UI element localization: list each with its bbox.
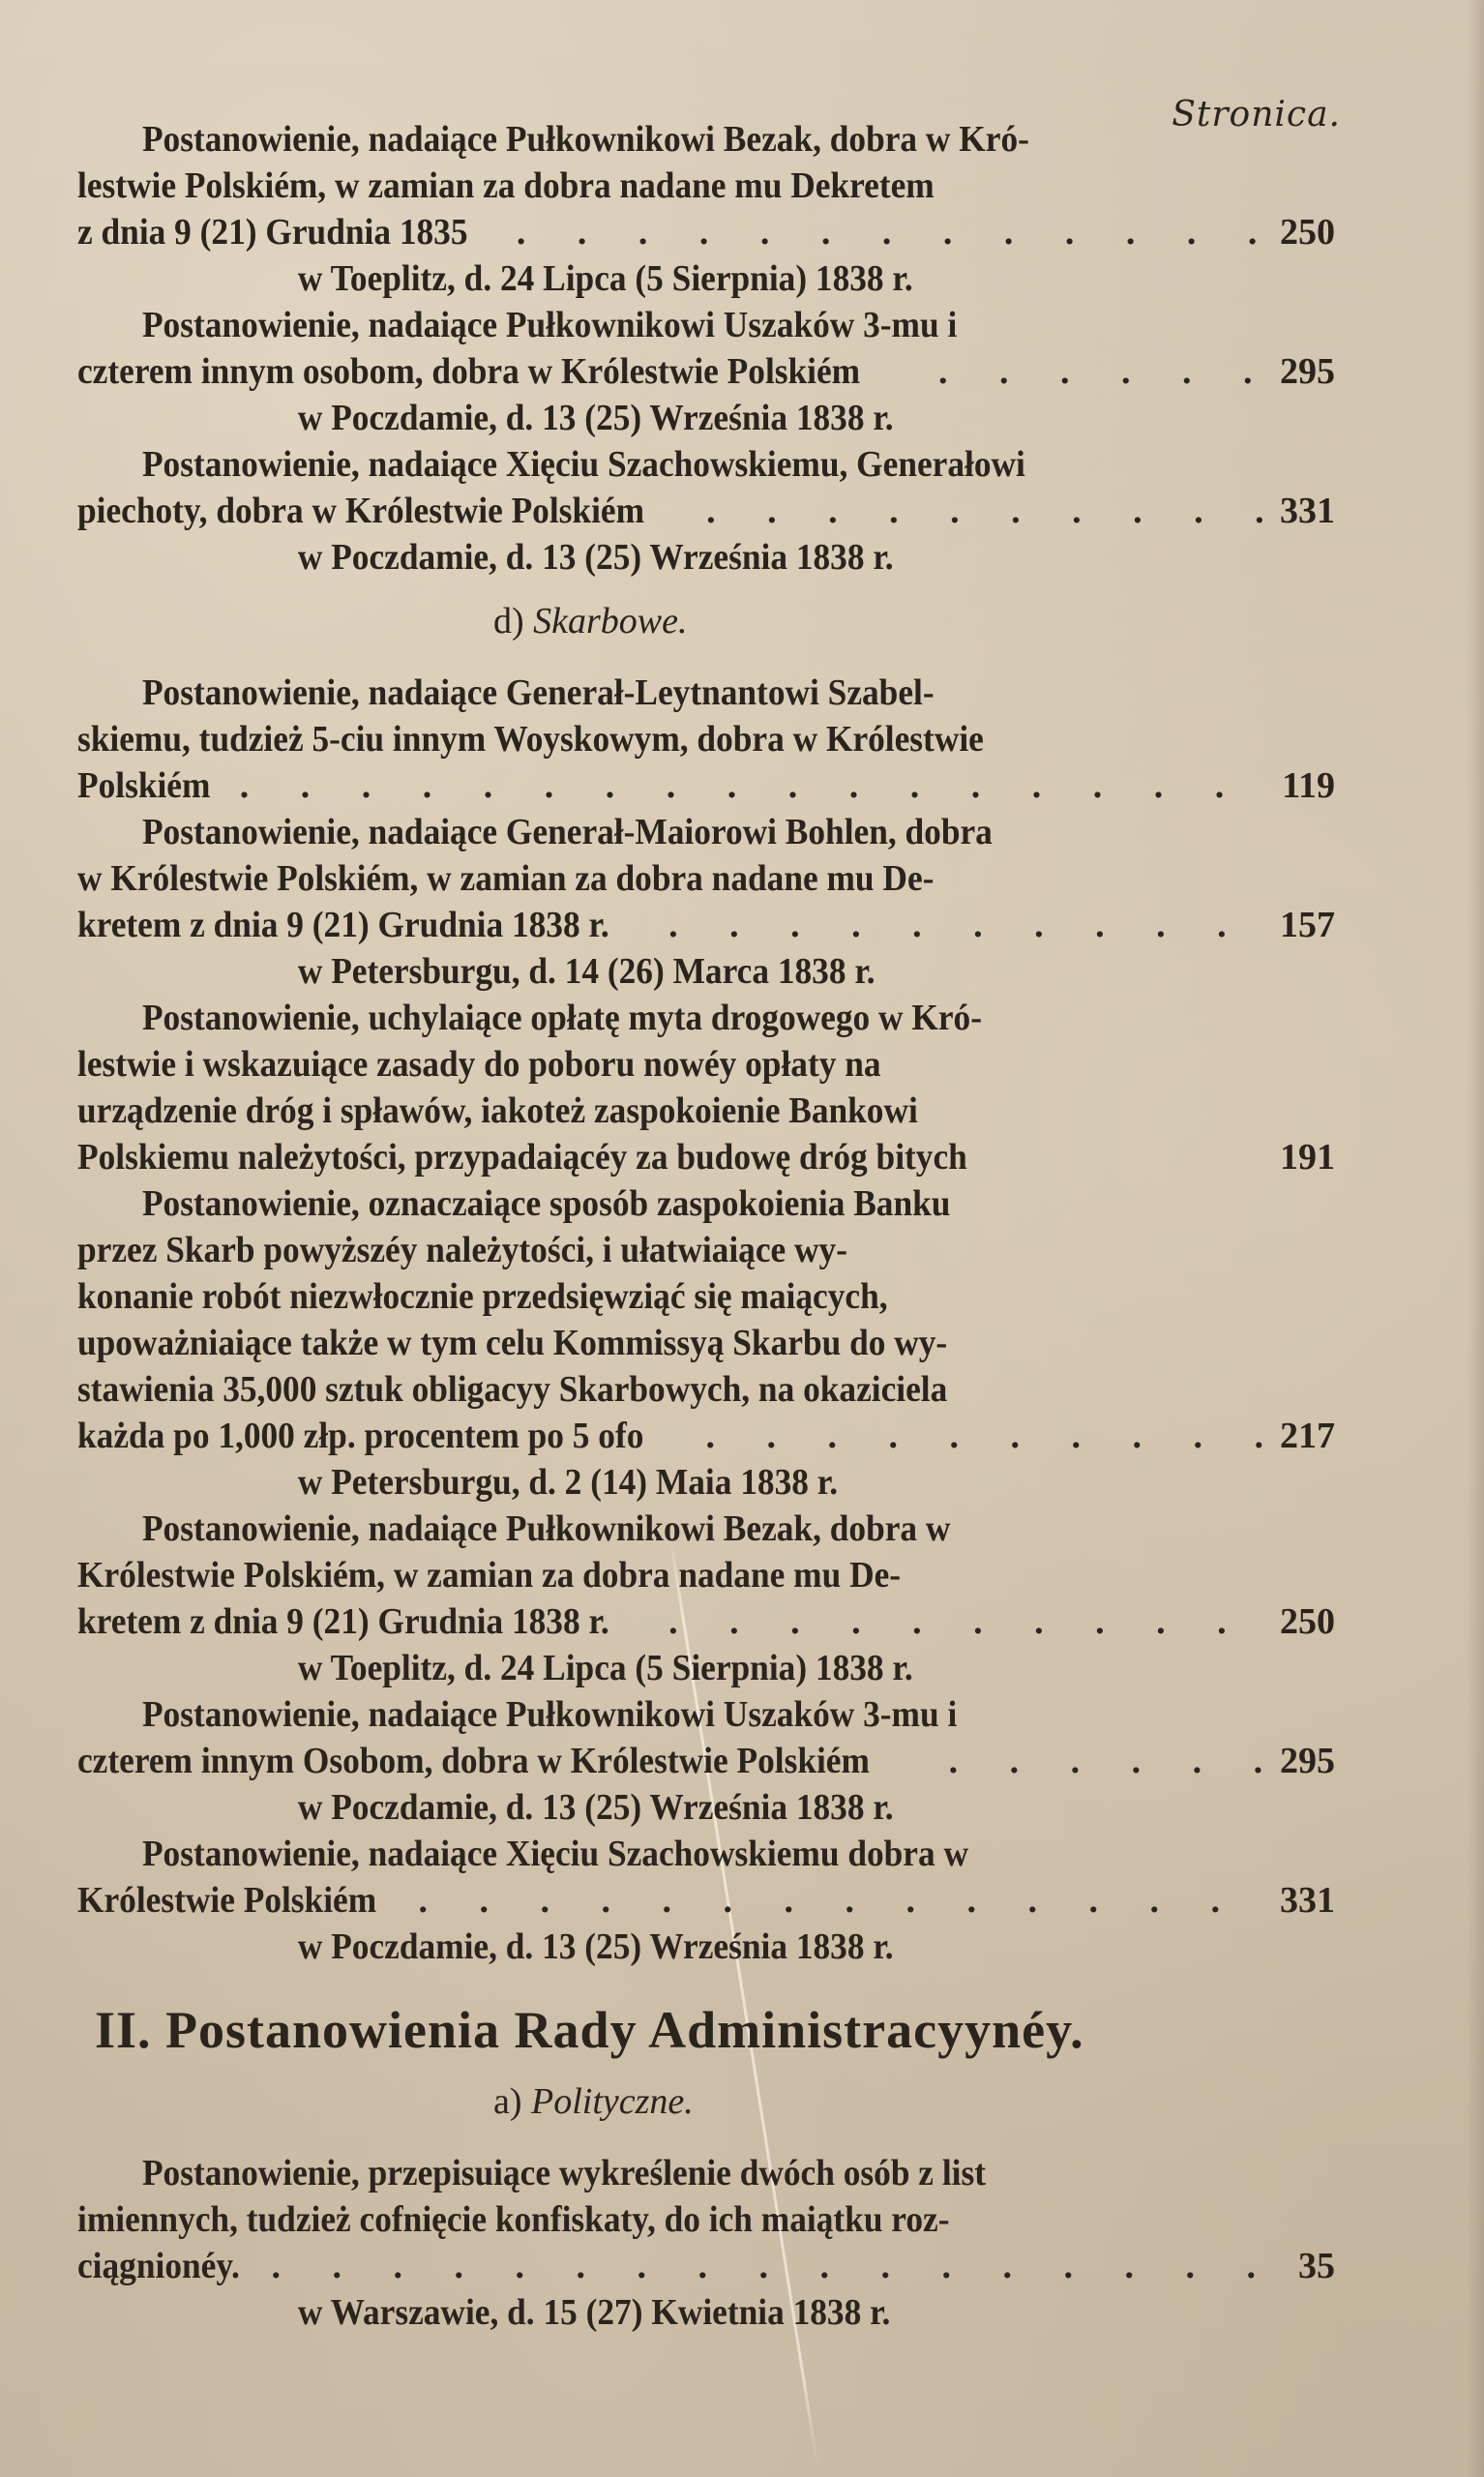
subsection-title: Skarbowe.: [533, 601, 687, 642]
entry-last-line: czterem innym Osobom, dobra w Królestwie…: [77, 1738, 870, 1784]
entry-line: Postanowienie, przepisuiące wykreślenie …: [77, 2150, 1247, 2196]
page-number: 157: [1277, 902, 1335, 948]
scanned-document-page: Stronica. Postanowienie, nadaiące Pułkow…: [0, 0, 1484, 2477]
entry-line: Postanowienie, nadaiące Xięciu Szachowsk…: [77, 1831, 1247, 1877]
entry-leader-line: ciągnionéy. . . . . . . . . . . . . . . …: [77, 2243, 1335, 2289]
entry-last-line: ciągnionéy.: [77, 2243, 240, 2289]
page-number: 295: [1277, 348, 1335, 395]
entry-last-line: piechoty, dobra w Królestwie Polskiém: [77, 488, 644, 534]
entry-leader-line: Polskiém . . . . . . . . . . . . . . . .…: [77, 762, 1335, 809]
entry-line: Postanowienie, nadaiące Pułkownikowi Usz…: [77, 1691, 1247, 1738]
place-date: w Poczdamie, d. 13 (25) Września 1838 r.: [77, 1784, 1247, 1831]
toc-entry: Postanowienie, nadaiące Pułkownikowi Bez…: [77, 1506, 1335, 1691]
dot-leader: . . . . . . . . . . . . . . . . . . . . …: [272, 2243, 1267, 2289]
entry-leader-line: czterem innym osobom, dobra w Królestwie…: [77, 348, 1335, 395]
entry-leader-line: czterem innym Osobom, dobra w Królestwie…: [77, 1738, 1335, 1784]
dot-leader: . . . . . . . . . . . . . . . . . . . . …: [938, 348, 1267, 395]
entry-line: Postanowienie, nadaiące Pułkownikowi Bez…: [77, 116, 1247, 163]
page-number: 35: [1277, 2243, 1335, 2289]
entry-leader-line: z dnia 9 (21) Grudnia 1835 . . . . . . .…: [77, 209, 1335, 255]
toc-entry: Postanowienie, nadaiące Generał-Maiorowi…: [77, 809, 1335, 995]
page-number: 191: [1277, 1134, 1335, 1180]
entry-line: konanie robót niezwłocznie przedsięwziąć…: [77, 1273, 1247, 1320]
entry-last-line: kretem z dnia 9 (21) Grudnia 1838 r.: [77, 902, 609, 948]
toc-entry: Postanowienie, oznaczaiące sposób zaspok…: [77, 1180, 1335, 1506]
toc-entry: Postanowienie, nadaiące Pułkownikowi Usz…: [77, 302, 1335, 441]
place-date: w Poczdamie, d. 13 (25) Września 1838 r.: [77, 1924, 1247, 1970]
dot-leader: . . . . . . . . . . . . . . . . . . . . …: [240, 762, 1267, 809]
entry-line: imiennych, tudzież cofnięcie konfiskaty,…: [77, 2196, 1247, 2243]
subsection-heading-skarbowe: d) Skarbowe.: [77, 598, 1335, 644]
dot-leader: . . . . . . . . . . . . . . . . . . . . …: [668, 1598, 1267, 1645]
subsection-letter: a): [493, 2081, 522, 2122]
subsection-heading-polityczne: a) Polityczne.: [77, 2078, 1335, 2125]
entry-line: w Królestwie Polskiém, w zamian za dobra…: [77, 855, 1247, 902]
dot-leader: . . . . . . . . . . . . . . . . . . . . …: [668, 902, 1267, 948]
toc-entry: Postanowienie, nadaiące Generał-Leytnant…: [77, 670, 1335, 809]
entry-last-line: czterem innym osobom, dobra w Królestwie…: [77, 348, 860, 395]
entry-line: upoważniaiące także w tym celu Kommissyą…: [77, 1320, 1247, 1366]
entry-last-line: Polskiém: [77, 762, 210, 809]
entry-leader-line: kretem z dnia 9 (21) Grudnia 1838 r. . .…: [77, 1598, 1335, 1645]
toc-entry: Postanowienie, przepisuiące wykreślenie …: [77, 2150, 1335, 2336]
toc-entry: Postanowienie, nadaiące Pułkownikowi Bez…: [77, 116, 1335, 302]
entry-line: urządzenie dróg i spławów, iakoteż zaspo…: [77, 1088, 1247, 1134]
place-date: w Poczdamie, d. 13 (25) Września 1838 r.: [77, 395, 1247, 441]
entry-line: Postanowienie, nadaiące Pułkownikowi Usz…: [77, 302, 1247, 348]
entry-line: Postanowienie, nadaiące Generał-Leytnant…: [77, 670, 1247, 716]
entry-last-line: kretem z dnia 9 (21) Grudnia 1838 r.: [77, 1598, 609, 1645]
entry-line: Postanowienie, nadaiące Generał-Maiorowi…: [77, 809, 1247, 855]
entry-line: Postanowienie, nadaiące Xięciu Szachowsk…: [77, 441, 1247, 488]
entry-line: lestwie i wskazuiące zasady do poboru no…: [77, 1041, 1247, 1088]
section-heading-ii: II. Postanowienia Rady Administracyynéy.: [77, 1999, 1335, 2061]
entry-line: przez Skarb powyższéy należytości, i uła…: [77, 1227, 1247, 1273]
entry-leader-line: każda po 1,000 złp. procentem po 5 ofo .…: [77, 1413, 1335, 1459]
entry-line: Postanowienie, uchylaiące opłatę myta dr…: [77, 995, 1247, 1041]
toc-entry: Postanowienie, nadaiące Pułkownikowi Usz…: [77, 1691, 1335, 1831]
toc-entry: Postanowienie, nadaiące Xięciu Szachowsk…: [77, 441, 1335, 581]
entry-last-line: Królestwie Polskiém: [77, 1877, 376, 1924]
dot-leader: . . . . . . . . . . . . . . . . . . . . …: [706, 488, 1267, 534]
dot-leader: . . . . . . . . . . . . . . . . . . . . …: [517, 209, 1267, 255]
page-number: 119: [1277, 762, 1335, 809]
dot-leader: . . . . . . . . . . . . . . . . . . . . …: [705, 1413, 1267, 1459]
page-number: 250: [1277, 1598, 1335, 1645]
table-of-contents: Postanowienie, nadaiące Pułkownikowi Bez…: [77, 116, 1335, 2336]
page-number: 331: [1277, 1877, 1335, 1924]
page-number: 250: [1277, 209, 1335, 255]
place-date: w Petersburgu, d. 2 (14) Maia 1838 r.: [77, 1459, 1247, 1506]
page-edge-shadow: [1467, 0, 1484, 2477]
page-number: 217: [1277, 1413, 1335, 1459]
dot-leader: . . . . . . . . . . . . . . . . . . . . …: [949, 1738, 1267, 1784]
entry-line: lestwie Polskiém, w zamian za dobra nada…: [77, 163, 1247, 209]
entry-leader-line: kretem z dnia 9 (21) Grudnia 1838 r. . .…: [77, 902, 1335, 948]
place-date: w Toeplitz, d. 24 Lipca (5 Sierpnia) 183…: [77, 1645, 1247, 1691]
place-date: w Toeplitz, d. 24 Lipca (5 Sierpnia) 183…: [77, 255, 1247, 302]
page-number: 295: [1277, 1738, 1335, 1784]
entry-leader-line: piechoty, dobra w Królestwie Polskiém . …: [77, 488, 1335, 534]
entry-leader-line: Polskiemu należytości, przypadaiącéy za …: [77, 1134, 1335, 1180]
entry-line: Postanowienie, oznaczaiące sposób zaspok…: [77, 1180, 1247, 1227]
subsection-title: Polityczne.: [531, 2081, 694, 2122]
entry-line: stawienia 35,000 sztuk obligacyy Skarbow…: [77, 1366, 1247, 1413]
toc-entry: Postanowienie, nadaiące Xięciu Szachowsk…: [77, 1831, 1335, 1970]
entry-leader-line: Królestwie Polskiém . . . . . . . . . . …: [77, 1877, 1335, 1924]
toc-entry: Postanowienie, uchylaiące opłatę myta dr…: [77, 995, 1335, 1180]
subsection-letter: d): [493, 601, 524, 642]
entry-last-line: Polskiemu należytości, przypadaiącéy za …: [77, 1134, 967, 1180]
entry-line: skiemu, tudzież 5-ciu innym Woyskowym, d…: [77, 716, 1247, 762]
place-date: w Warszawie, d. 15 (27) Kwietnia 1838 r.: [77, 2289, 1247, 2336]
dot-leader: . . . . . . . . . . . . . . . . . . . . …: [418, 1877, 1267, 1924]
entry-line: Królestwie Polskiém, w zamian za dobra n…: [77, 1552, 1247, 1598]
place-date: w Poczdamie, d. 13 (25) Września 1838 r.: [77, 534, 1247, 581]
entry-last-line: z dnia 9 (21) Grudnia 1835: [77, 209, 468, 255]
entry-last-line: każda po 1,000 złp. procentem po 5 ofo: [77, 1413, 643, 1459]
place-date: w Petersburgu, d. 14 (26) Marca 1838 r.: [77, 948, 1247, 995]
page-number: 331: [1277, 488, 1335, 534]
entry-line: Postanowienie, nadaiące Pułkownikowi Bez…: [77, 1506, 1247, 1552]
